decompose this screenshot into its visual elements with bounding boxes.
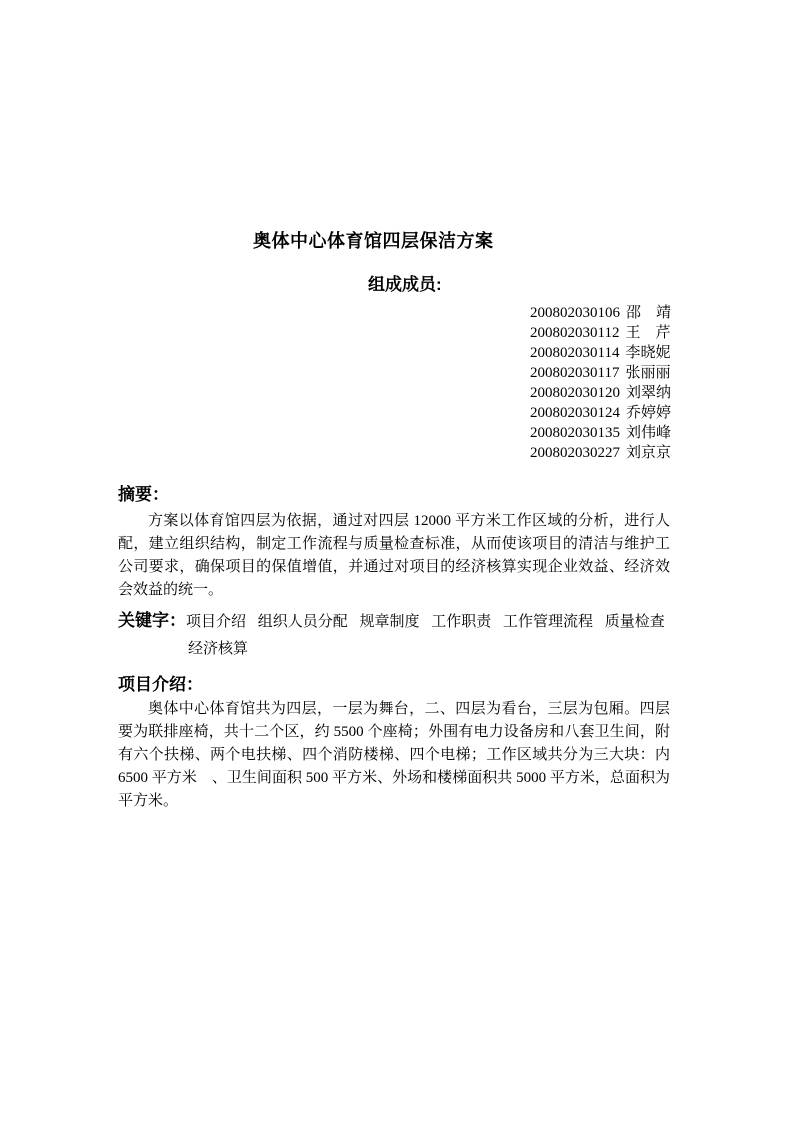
keywords-text: 项目介绍 组织人员分配 规章制度 工作职责 工作管理流程 质量检查	[186, 614, 665, 630]
member-id: 200802030124	[530, 405, 620, 421]
keywords-heading: 关键字：	[118, 611, 186, 630]
abstract-line: 方案以体育馆四层为依据，通过对四层 12000 平方米工作区域的分析，进行人员分	[118, 510, 670, 533]
member-name: 王 芹	[625, 325, 670, 341]
intro-line: 奥体中心体育馆共为四层，一层为舞台，二、四层为看台，三层为包厢。四层内场主	[118, 698, 670, 721]
keywords-text-line2: 经济核算	[188, 637, 248, 658]
abstract-paragraph: 方案以体育馆四层为依据，通过对四层 12000 平方米工作区域的分析，进行人员分…	[118, 510, 670, 602]
abstract-heading: 摘要：	[118, 480, 169, 505]
member-name: 乔婷婷	[626, 405, 671, 421]
document-title: 奥体中心体育馆四层保洁方案	[253, 227, 494, 253]
member-id: 200802030106	[530, 305, 620, 321]
intro-paragraph: 奥体中心体育馆共为四层，一层为舞台，二、四层为看台，三层为包厢。四层内场主 要为…	[118, 698, 670, 813]
member-name: 张丽丽	[625, 365, 670, 381]
member-list: 200802030106邵 靖 200802030112王 芹 20080203…	[530, 303, 671, 463]
member-id: 200802030117	[530, 365, 619, 381]
abstract-line: 公司要求，确保项目的保值增值，并通过对项目的经济核算实现企业效益、经济效益和社	[118, 556, 670, 579]
member-name: 刘翠纳	[626, 385, 671, 401]
member-row: 200802030227刘京京	[530, 443, 671, 463]
abstract-line: 配，建立组织结构，制定工作流程与质量检查标准，从而使该项目的清洁与维护工作达到	[118, 533, 670, 556]
keywords-line: 关键字：项目介绍 组织人员分配 规章制度 工作职责 工作管理流程 质量检查	[118, 606, 718, 631]
member-id: 200802030114	[530, 345, 619, 361]
member-name: 李晓妮	[625, 345, 670, 361]
document-page: 奥体中心体育馆四层保洁方案 组成成员: 200802030106邵 靖 2008…	[0, 0, 794, 1123]
intro-line: 平方米。	[118, 790, 670, 813]
member-name: 刘京京	[626, 445, 671, 461]
member-row: 200802030112王 芹	[530, 323, 671, 343]
member-row: 200802030135刘伟峰	[530, 423, 671, 443]
intro-line: 6500 平方米 、卫生间面积 500 平方米、外场和楼梯面积共 5000 平方…	[118, 767, 670, 790]
member-row: 200802030117张丽丽	[530, 363, 671, 383]
member-name: 刘伟峰	[626, 425, 671, 441]
member-row: 200802030114李晓妮	[530, 343, 671, 363]
member-id: 200802030135	[530, 425, 620, 441]
member-name: 邵 靖	[626, 305, 671, 321]
member-row: 200802030106邵 靖	[530, 303, 671, 323]
member-id: 200802030120	[530, 385, 620, 401]
member-id: 200802030227	[530, 445, 620, 461]
members-heading: 组成成员:	[368, 270, 442, 295]
member-row: 200802030124乔婷婷	[530, 403, 671, 423]
intro-heading: 项目介绍：	[118, 670, 203, 695]
intro-line: 有六个扶梯、两个电扶梯、四个消防楼梯、四个电梯；工作区域共分为三大块：内场面积	[118, 744, 670, 767]
member-id: 200802030112	[530, 325, 619, 341]
member-row: 200802030120刘翠纳	[530, 383, 671, 403]
intro-line: 要为联排座椅，共十二个区，约 5500 个座椅；外围有电力设备房和八套卫生间，附…	[118, 721, 670, 744]
abstract-line: 会效益的统一。	[118, 579, 670, 602]
